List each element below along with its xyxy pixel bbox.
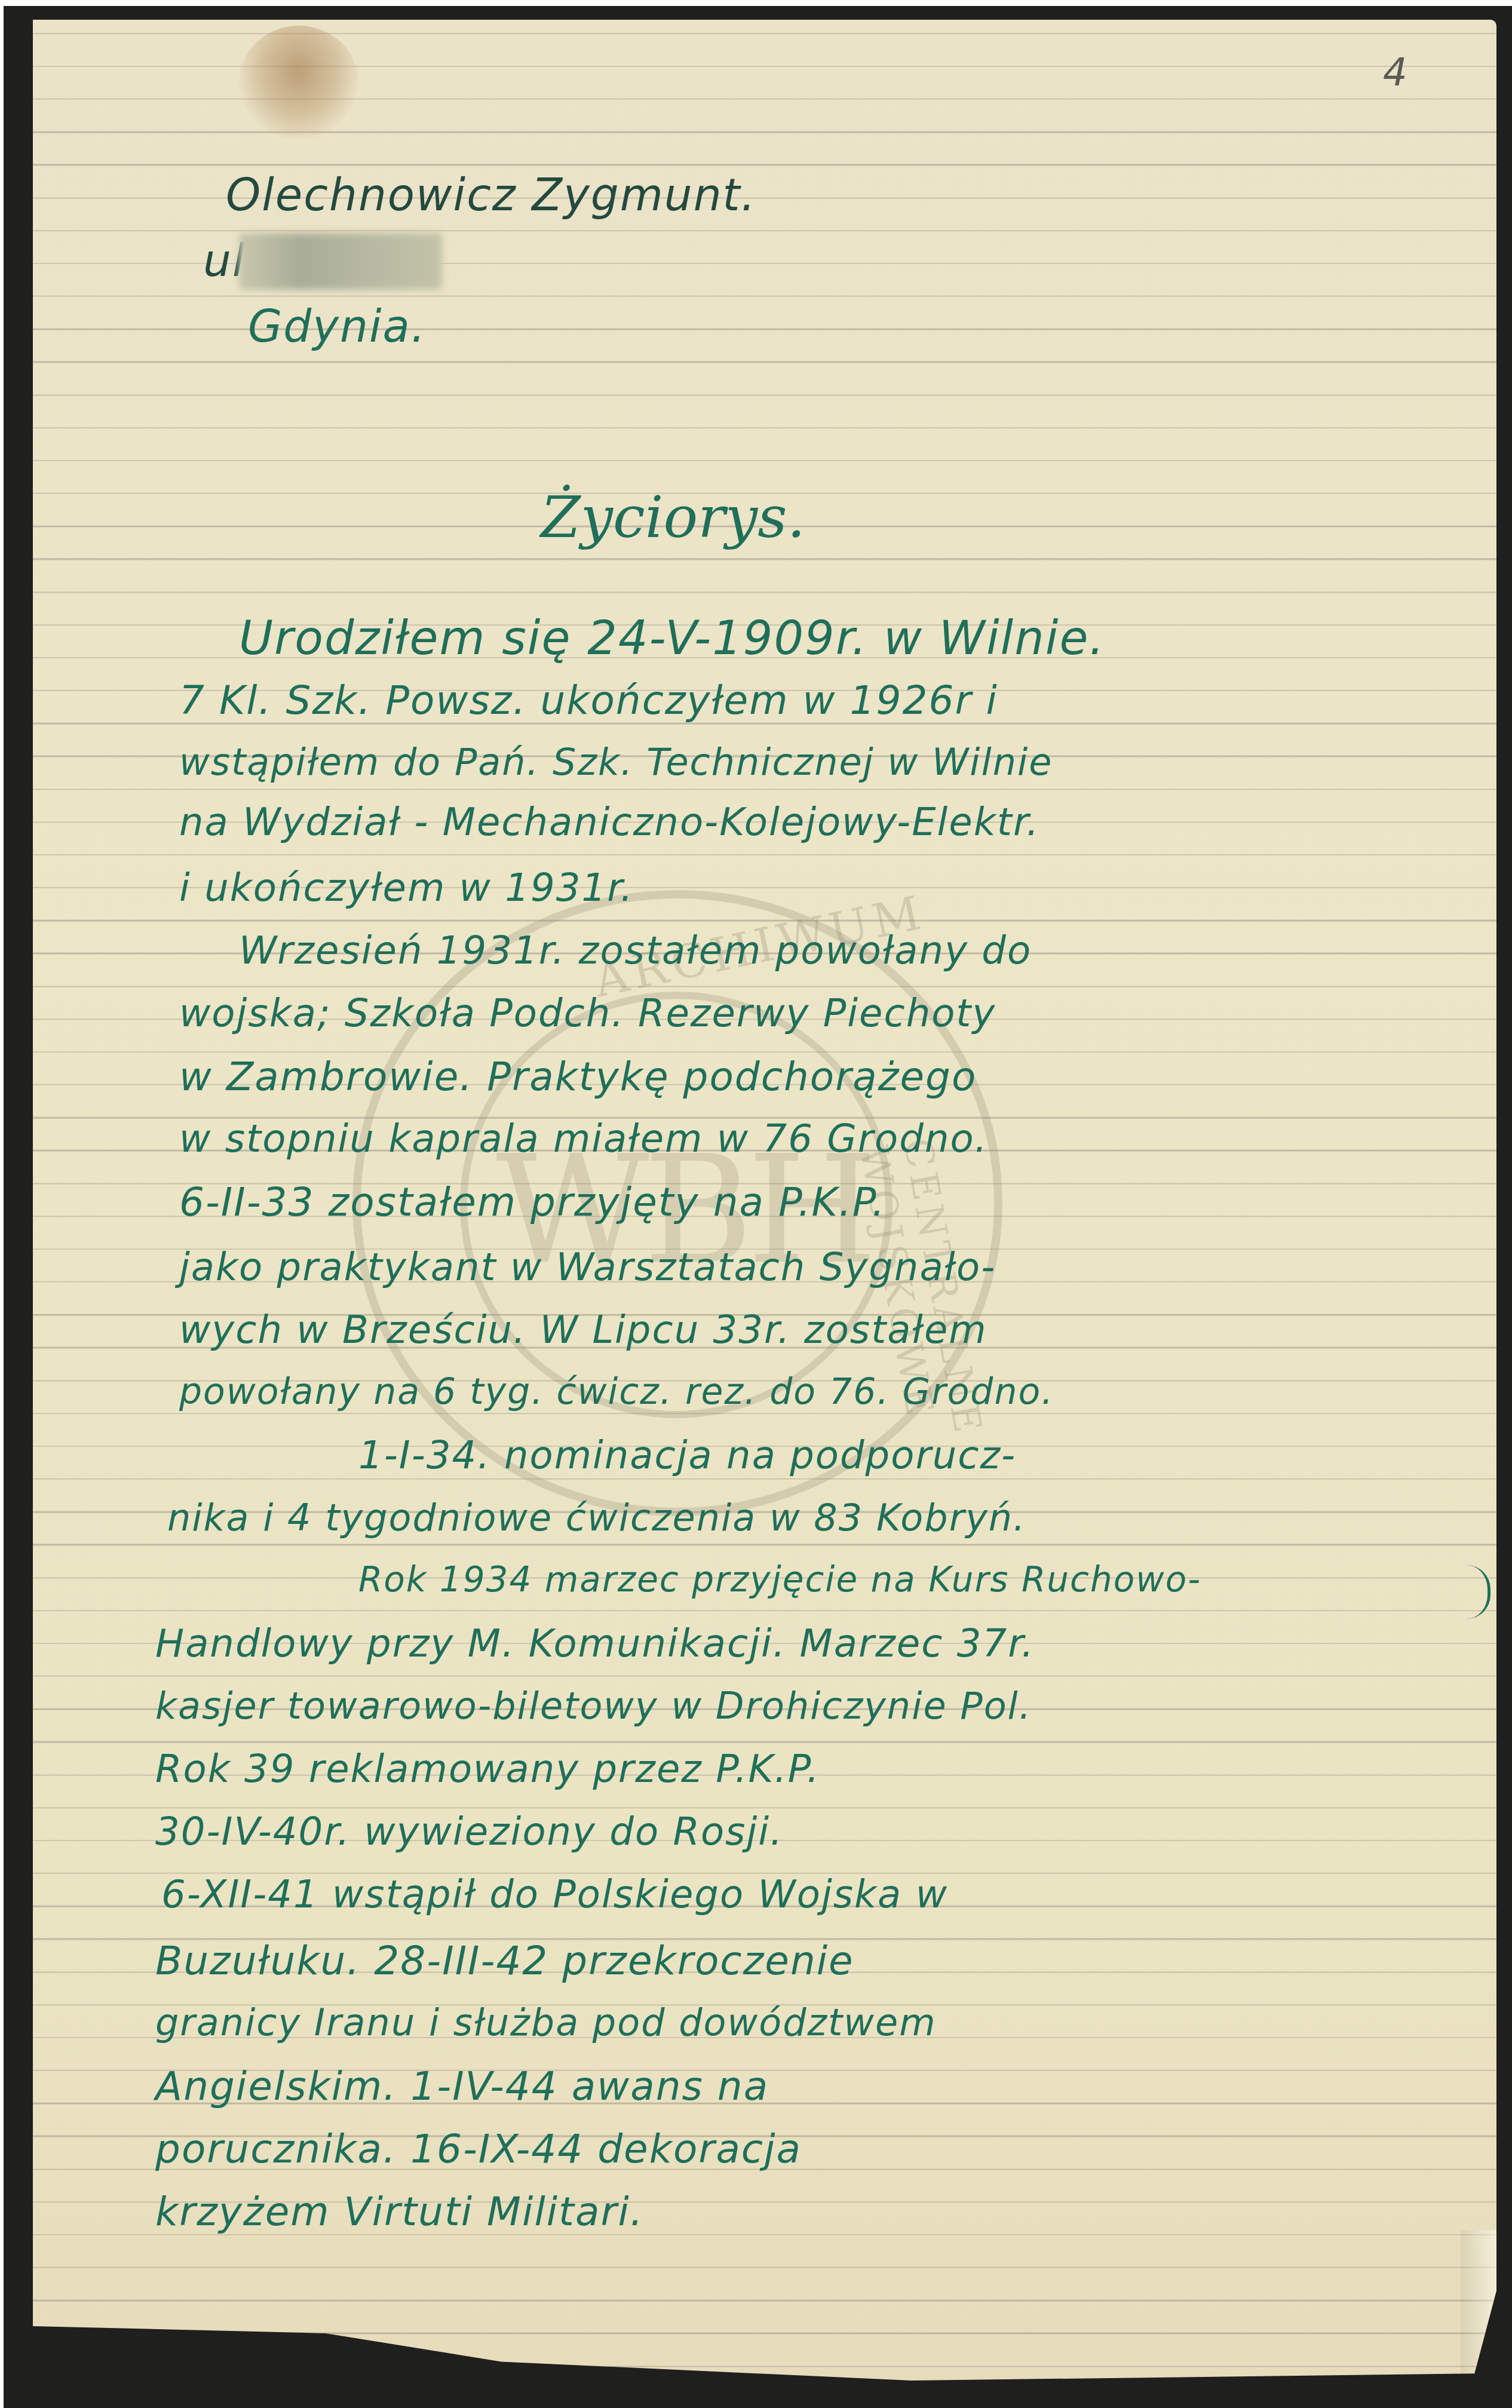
body-line: Urodziłem się 24-V-1909r. w Wilnie. [239,615,1105,662]
body-line: w stopniu kaprala miałem w 76 Grodno. [179,1120,988,1158]
body-line: nika i 4 tygodniowe ćwiczenia w 83 Kobry… [167,1499,1026,1536]
body-line: wych w Brześciu. W Lipcu 33r. zostałem [179,1311,987,1349]
body-line: 30-IV-40r. wywieziony do Rosji. [155,1813,783,1851]
body-line: granicy Iranu i służba pod dowództwem [155,2004,937,2041]
body-line: 6-II-33 zostałem przyjęty na P.K.P. [179,1183,886,1222]
city: Gdynia. [248,305,426,349]
document-title: Życiorys. [541,484,805,551]
redacted-address [239,233,442,290]
body-line: 7 Kl. Szk. Powsz. ukończyłem w 1926r i [179,681,998,720]
body-line: i ukończyłem w 1931r. [179,869,634,907]
body-line: Rok 1934 marzec przyjęcie na Kurs Ruchow… [358,1562,1201,1597]
body-line: porucznika. 16-IX-44 dekoracja [155,2130,802,2169]
ink-stain [239,26,358,139]
body-line: Buzułuku. 28-III-42 przekroczenie [155,1941,854,1981]
body-line: w Zambrowie. Praktykę podchorążego [179,1057,977,1097]
body-line: powołany na 6 tyg. ćwicz. rez. do 76. Gr… [179,1374,1054,1410]
body-line: Handlowy przy M. Komunikacji. Marzec 37r… [155,1625,1035,1663]
body-line: 1-I-34. nominacja na podporucz- [358,1437,1016,1475]
body-line: Rok 39 reklamowany przez P.K.P. [155,1750,820,1789]
page-number: 4 [1383,51,1407,95]
body-line: kasjer towarowo-biletowy w Drohiczynie P… [155,1688,1032,1725]
body-line: na Wydział - Mechaniczno-Kolejowy-Elektr… [179,803,1040,842]
body-line: krzyżem Virtuti Militari. [155,2192,644,2232]
body-line: Wrzesień 1931r. zostałem powołany do [239,932,1032,970]
body-line: jako praktykant w Warsztatach Sygnało- [179,1249,996,1287]
body-line: 6-XII-41 wstąpił do Polskiego Wojska w [161,1876,948,1914]
body-line: wstąpiłem do Pań. Szk. Technicznej w Wil… [179,744,1053,781]
body-line: wojska; Szkoła Podch. Rezerwy Piechoty [179,995,996,1033]
body-line: Angielskim. 1-IV-44 awans na [155,2067,769,2106]
author-name: Olechnowicz Zygmunt. [226,173,756,217]
